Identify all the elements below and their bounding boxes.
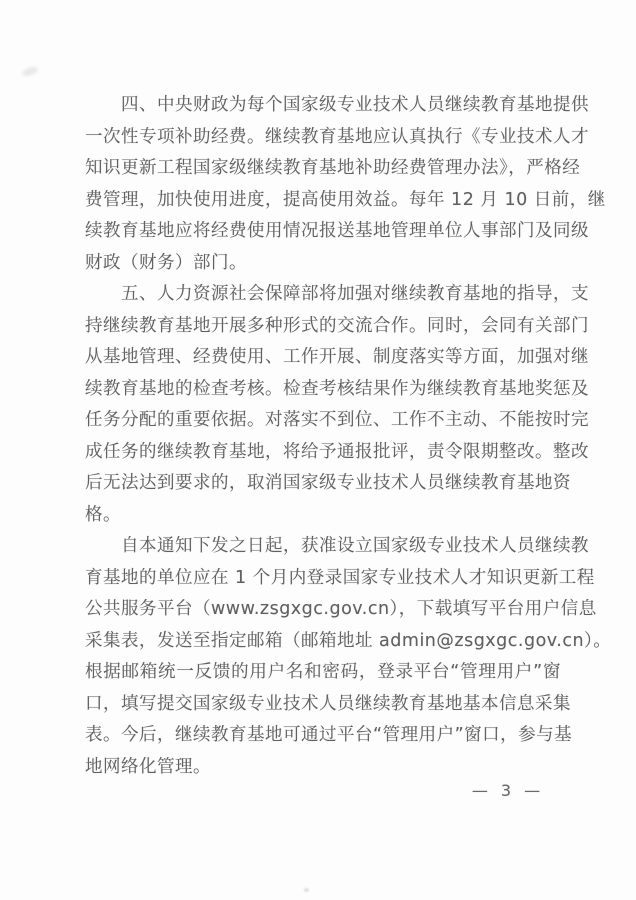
text-line: 续教育基地的检查考核。检查考核结果作为继续教育基地奖惩及	[85, 374, 561, 406]
paragraph-notice-instructions: 自本通知下发之日起，获准设立国家级专业技术人员继续教 育基地的单位应在 1 个月…	[85, 531, 561, 783]
text-line: 任务分配的重要依据。对落实不到位、工作不主动、不能按时完	[85, 405, 561, 437]
paragraph-item-4: 四、中央财政为每个国家级专业技术人员继续教育基地提供 一次性专项补助经费。继续教…	[85, 90, 561, 279]
document-body: 四、中央财政为每个国家级专业技术人员继续教育基地提供 一次性专项补助经费。继续教…	[85, 90, 561, 783]
document-page: 四、中央财政为每个国家级专业技术人员继续教育基地提供 一次性专项补助经费。继续教…	[0, 0, 636, 900]
paragraph-item-5: 五、人力资源社会保障部将加强对继续教育基地的指导，支 持继续教育基地开展多种形式…	[85, 279, 561, 531]
text-line: 自本通知下发之日起，获准设立国家级专业技术人员继续教	[85, 531, 561, 563]
text-line: 格。	[85, 500, 561, 532]
text-line: 四、中央财政为每个国家级专业技术人员继续教育基地提供	[85, 90, 561, 122]
scan-smudge	[21, 66, 38, 78]
scan-speck	[304, 888, 309, 892]
text-line: 公共服务平台（www.zsgxgc.gov.cn），下载填写平台用户信息	[85, 594, 561, 626]
text-line: 持继续教育基地开展多种形式的交流合作。同时，会同有关部门	[85, 311, 561, 343]
text-line: 采集表，发送至指定邮箱（邮箱地址 admin@zsgxgc.gov.cn）。	[85, 626, 561, 658]
text-line: 成任务的继续教育基地，将给予通报批评，责令限期整改。整改	[85, 437, 561, 469]
text-line: 表。今后，继续教育基地可通过平台“管理用户”窗口，参与基	[85, 720, 561, 752]
text-line: 从基地管理、经费使用、工作开展、制度落实等方面，加强对继	[85, 342, 561, 374]
text-line: 财政（财务）部门。	[85, 248, 561, 280]
text-line: 知识更新工程国家级继续教育基地补助经费管理办法》，严格经	[85, 153, 561, 185]
text-line: 一次性专项补助经费。继续教育基地应认真执行《专业技术人才	[85, 122, 561, 154]
text-line: 根据邮箱统一反馈的用户名和密码，登录平台“管理用户”窗	[85, 657, 561, 689]
text-line: 育基地的单位应在 1 个月内登录国家专业技术人才知识更新工程	[85, 563, 561, 595]
page-number: — 3 —	[468, 781, 548, 800]
text-line: 五、人力资源社会保障部将加强对继续教育基地的指导，支	[85, 279, 561, 311]
text-line: 后无法达到要求的，取消国家级专业技术人员继续教育基地资	[85, 468, 561, 500]
text-line: 口，填写提交国家级专业技术人员继续教育基地基本信息采集	[85, 689, 561, 721]
text-line: 费管理，加快使用进度，提高使用效益。每年 12 月 10 日前，继	[85, 185, 561, 217]
text-line: 续教育基地应将经费使用情况报送基地管理单位人事部门及同级	[85, 216, 561, 248]
text-line: 地网络化管理。	[85, 752, 561, 784]
